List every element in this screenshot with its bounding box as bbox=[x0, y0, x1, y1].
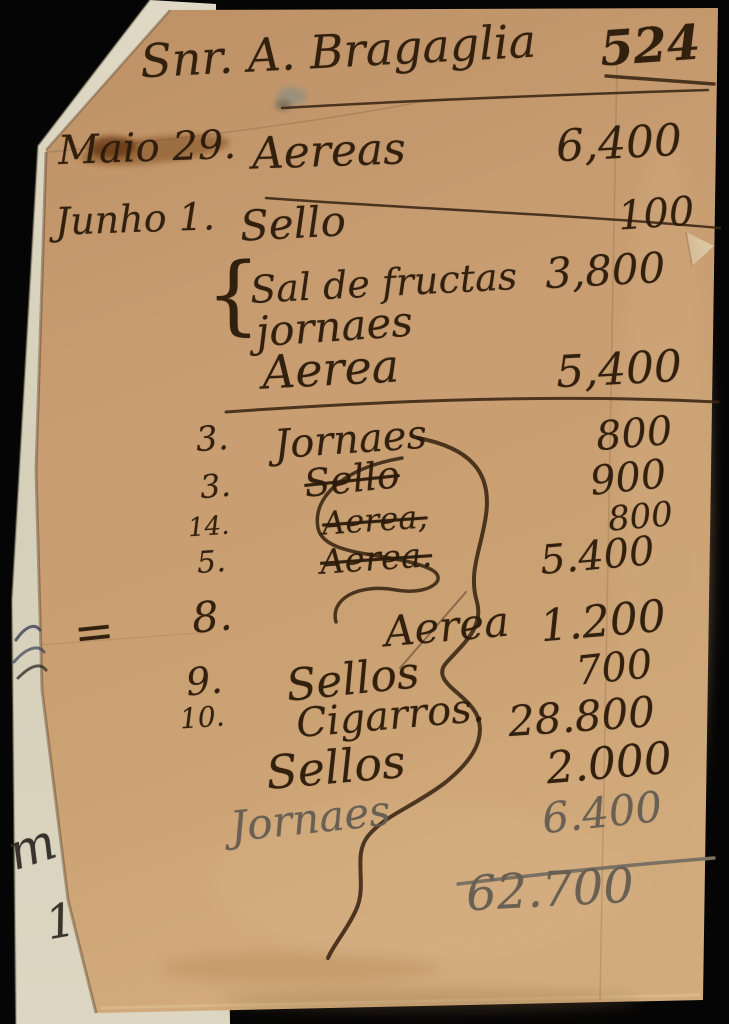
entry-date: Maio 29. bbox=[57, 125, 236, 171]
entry-date: Junho 1. bbox=[54, 197, 215, 241]
entry-description: Aerea bbox=[261, 342, 400, 395]
account-number: 524 bbox=[598, 19, 701, 74]
entry-day: 14. bbox=[187, 513, 230, 542]
entry-amount: 700 bbox=[574, 644, 654, 692]
entry-amount: 6,400 bbox=[555, 119, 683, 170]
entry-amount: 3,800 bbox=[544, 247, 666, 295]
total-amount: 62.700 bbox=[465, 862, 635, 919]
entry-day: 3. bbox=[199, 469, 232, 504]
paper-damage-spot-small bbox=[275, 100, 291, 110]
entry-description: Aereas bbox=[251, 127, 406, 176]
entry-description: Aerea bbox=[382, 601, 510, 654]
entry-description: Sello bbox=[239, 200, 347, 247]
entry-day: 3. bbox=[195, 421, 230, 457]
entry-description-struck: Sello bbox=[302, 455, 401, 503]
entry-day: 9. bbox=[184, 660, 223, 701]
entry-amount: 5,400 bbox=[555, 345, 683, 396]
entry-amount: 5.400 bbox=[538, 531, 656, 581]
margin-mark: = bbox=[72, 606, 117, 658]
bottom-stain-2 bbox=[220, 990, 640, 1010]
photograph-background: m 1 Snr. A. Bragaglia 524 Maio 29. Aerea… bbox=[0, 0, 729, 1024]
entry-amount: 6.400 bbox=[540, 786, 664, 840]
entry-day: 5. bbox=[196, 547, 227, 579]
entry-description-struck: Aerea. bbox=[319, 538, 433, 580]
entry-day: 10. bbox=[179, 702, 225, 733]
entry-amount: 100 bbox=[617, 191, 696, 236]
entry-day: 8. bbox=[190, 594, 234, 639]
entry-description-struck: Aerea, bbox=[321, 500, 429, 539]
